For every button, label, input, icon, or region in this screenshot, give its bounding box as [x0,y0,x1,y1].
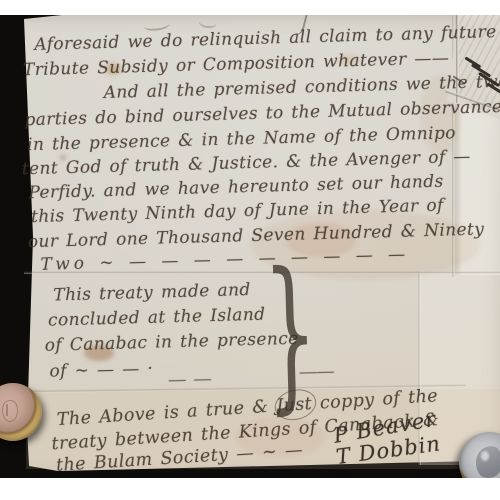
crest-icon [6,404,8,416]
handwriting-layer: Aforesaid we do relinquish all claim to … [0,15,500,478]
handwriting-line: concluded at the Island [48,304,266,332]
crest-icon [2,400,18,422]
handwriting-line: of Canabac in the presence [44,328,298,357]
handwriting-line: of ~ — — · [49,358,153,383]
portrait-highlight [481,451,489,461]
handwriting-line: This treaty made and [53,279,251,307]
auction-photo-page: { "document": { "body_lines": [ "Aforesa… [0,0,500,500]
photo-frame: Aforesaid we do relinquish all claim to … [0,15,500,478]
monarch-portrait [474,444,500,478]
stray-dashes: ―― [299,361,334,384]
stray-dashes: ― ― [168,368,211,391]
ink-flourish [198,15,218,29]
